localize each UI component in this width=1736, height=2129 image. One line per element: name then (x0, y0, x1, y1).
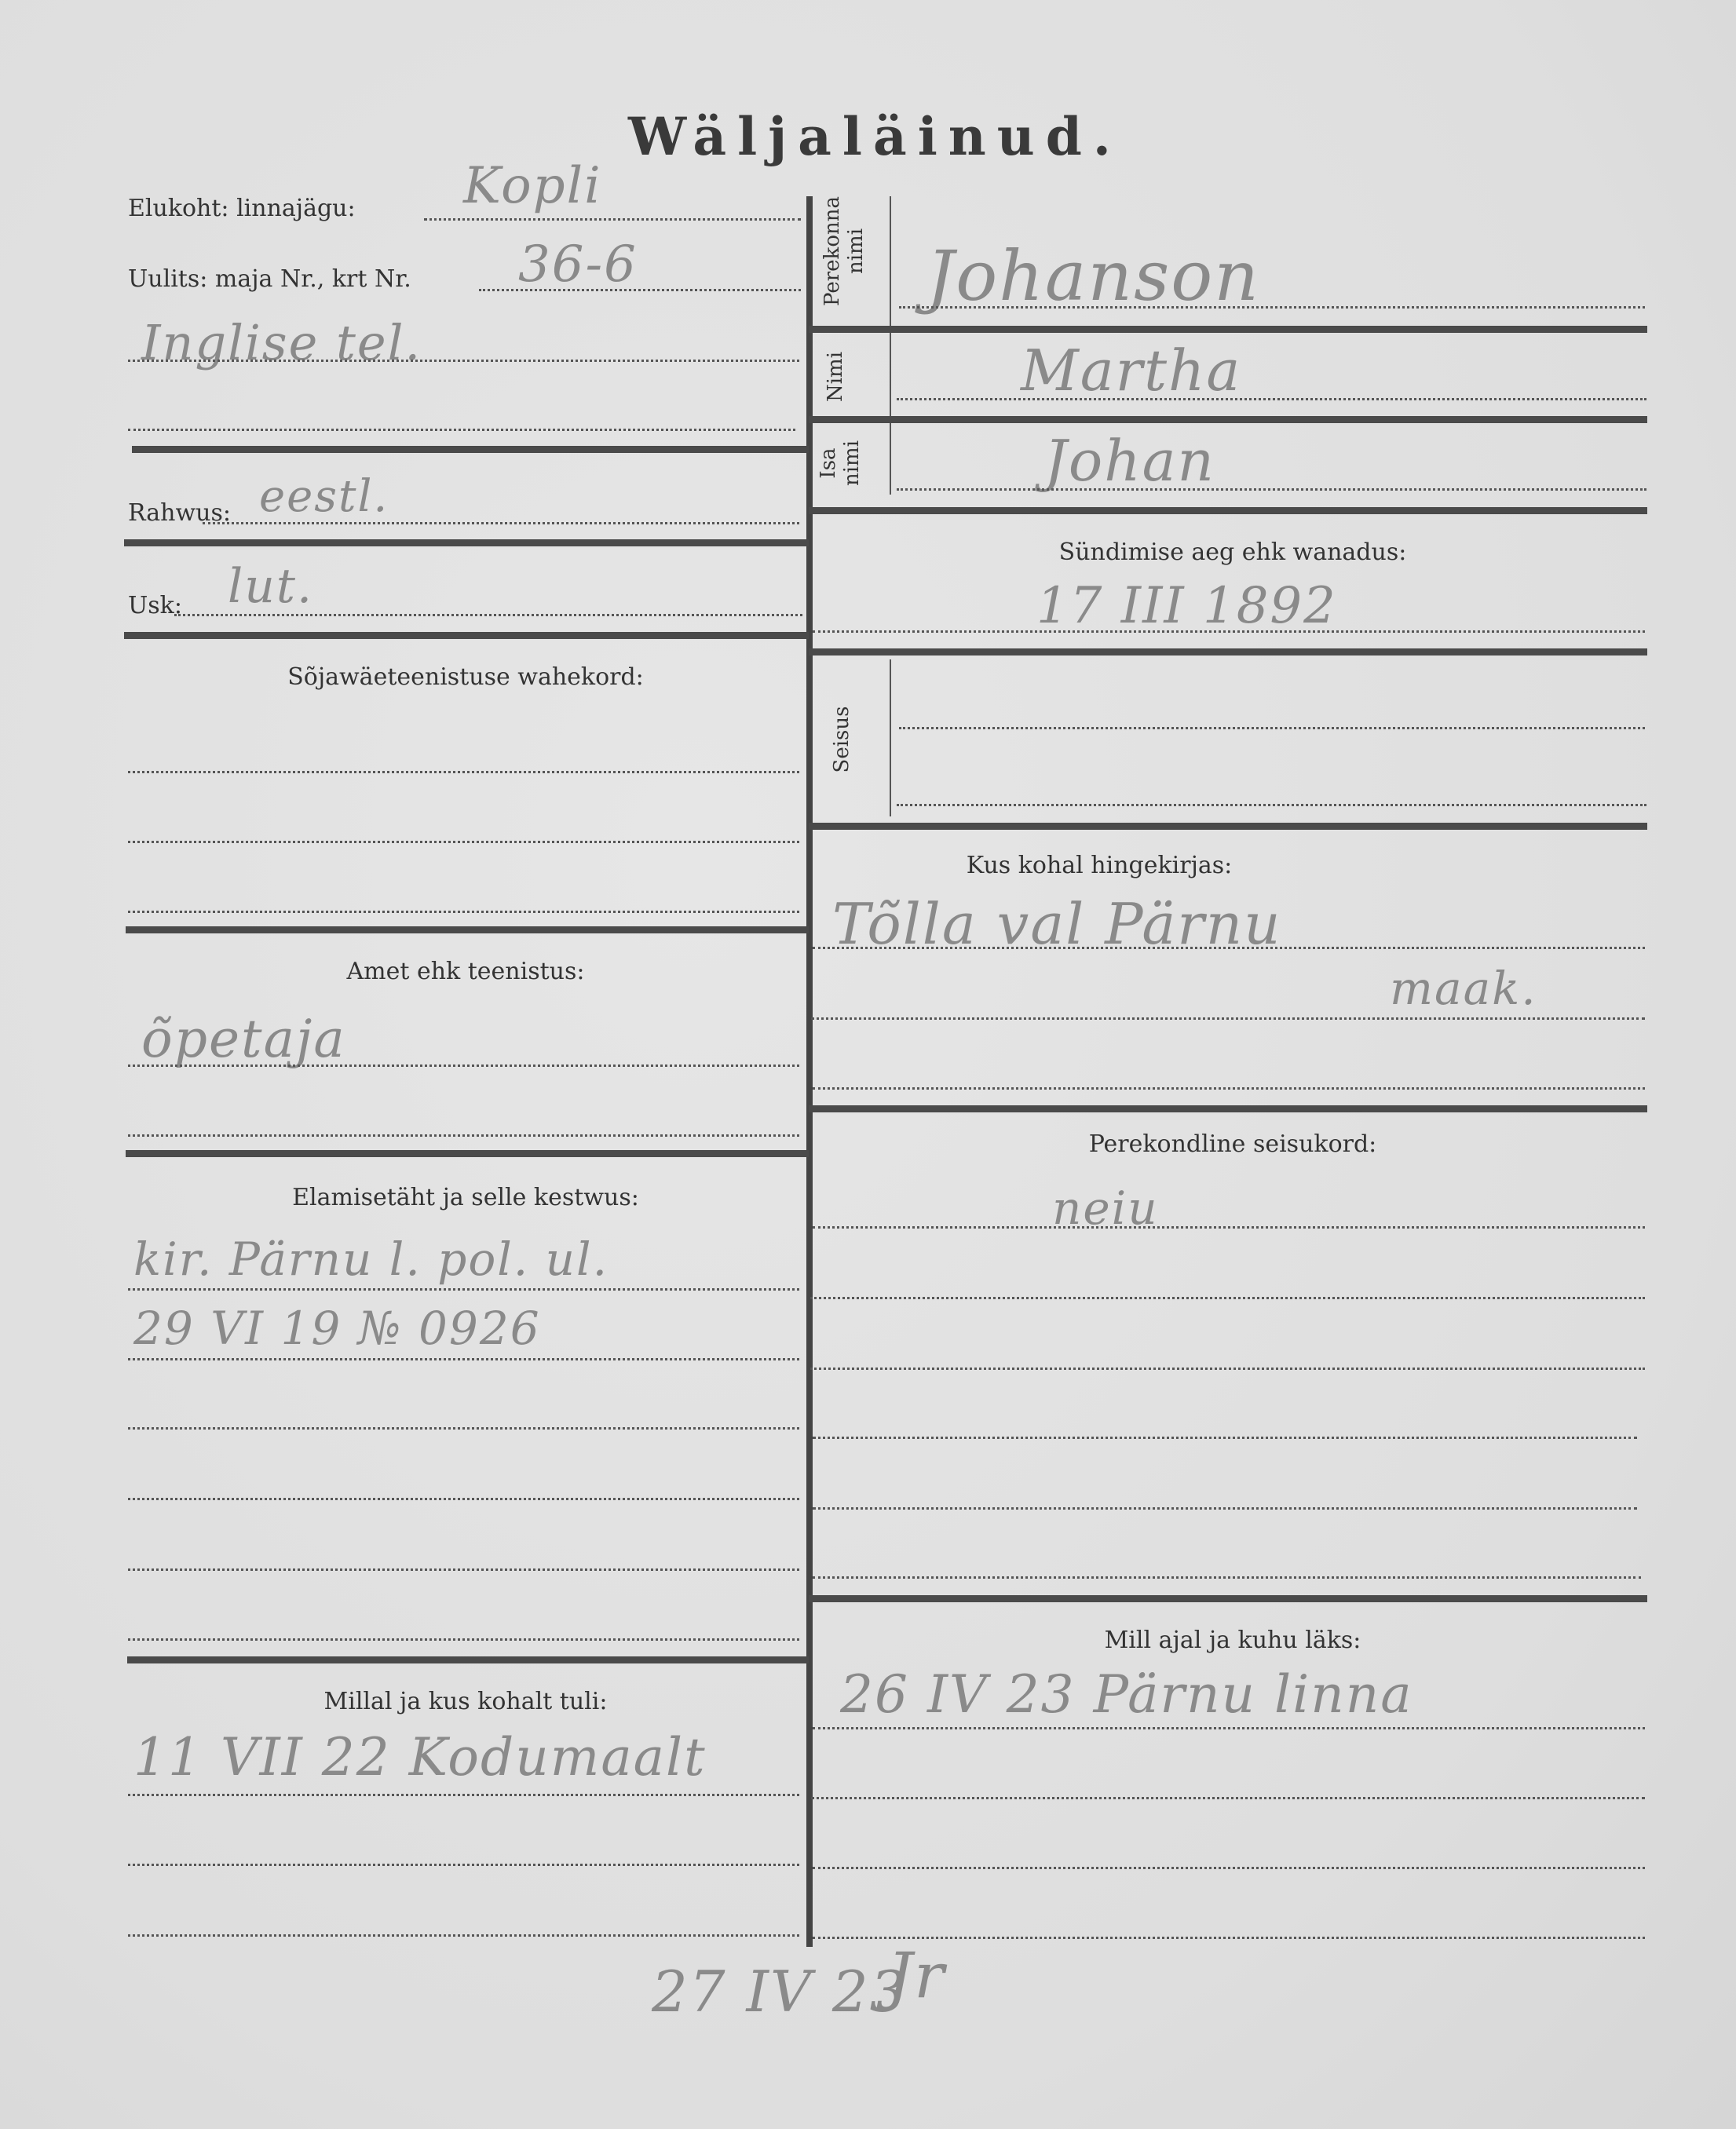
elukoht-line (424, 218, 801, 221)
amet-line-2 (128, 1134, 799, 1137)
section-rule (809, 326, 1647, 333)
nimi-line (897, 398, 1646, 400)
section-rule (126, 1150, 809, 1157)
perekonna-nimi-line (899, 306, 1645, 309)
form-page: Wäljaläinud. Elukoht: linnajägu: Kopli U… (0, 0, 1736, 2129)
section-rule (809, 823, 1647, 830)
elamisetaht-line-3 (128, 1427, 799, 1430)
elamisetaht-value-line1[interactable]: kir. Pärnu l. pol. ul. (133, 1232, 609, 1286)
hingekirjas-value-line2[interactable]: maak. (1390, 962, 1537, 1015)
uulits-street-value[interactable]: Inglise tel. (141, 314, 422, 371)
elamisetaht-label: Elamisetäht ja selle kestwus: (128, 1184, 803, 1211)
mill-ajal-line-2 (811, 1797, 1645, 1799)
isa-nimi-line (897, 488, 1646, 491)
hingekirjas-label: Kus kohal hingekirjas: (817, 852, 1382, 879)
name-block-divider (890, 196, 891, 495)
section-rule (124, 539, 809, 546)
perekondline-line-5 (813, 1507, 1637, 1510)
center-divider (806, 196, 813, 1947)
amet-label: Amet ehk teenistus: (128, 958, 803, 985)
isa-nimi-label: Isa nimi (817, 432, 864, 495)
elukoht-value[interactable]: Kopli (463, 157, 602, 215)
elukoht-label: Elukoht: linnajägu: (128, 195, 356, 222)
isa-nimi-value[interactable]: Johan (1044, 428, 1215, 494)
rahvus-value[interactable]: eestl. (259, 471, 389, 522)
elamisetaht-value-line2[interactable]: 29 VI 19 № 0926 (133, 1302, 541, 1355)
mill-ajal-line-3 (813, 1867, 1645, 1869)
hingekirjas-line-2 (811, 1017, 1645, 1020)
rahvus-line (203, 522, 799, 524)
sundimise-label: Sündimise aeg ehk wanadus: (817, 539, 1649, 566)
perekonna-nimi-label: Perekonna nimi (820, 184, 868, 318)
seisus-divider (890, 659, 891, 816)
amet-value[interactable]: õpetaja (141, 1009, 346, 1069)
sojavae-line-1 (128, 771, 799, 773)
elamisetaht-line-4 (128, 1498, 799, 1500)
mill-ajal-label: Mill ajal ja kuhu läks: (817, 1627, 1649, 1654)
section-rule (809, 1595, 1647, 1602)
elamisetaht-line-2 (128, 1358, 799, 1360)
elamisetaht-line-5 (128, 1568, 799, 1571)
sundimise-line (813, 630, 1645, 633)
form-title: Wäljaläinud. (628, 106, 1162, 167)
section-rule (809, 1105, 1647, 1112)
amet-line-1 (128, 1064, 799, 1067)
perekondline-line-1 (813, 1226, 1645, 1229)
seisus-label: Seisus (831, 700, 857, 779)
sundimise-value[interactable]: 17 III 1892 (1036, 577, 1337, 635)
perekonna-nimi-value[interactable]: Johanson (926, 236, 1260, 316)
sojavae-label: Sõjawäeteenistuse wahekord: (128, 663, 803, 691)
millal-tuli-value[interactable]: 11 VII 22 Kodumaalt (133, 1727, 707, 1788)
mill-ajal-value[interactable]: 26 IV 23 Pärnu linna (840, 1664, 1413, 1725)
millal-tuli-line-1 (128, 1794, 799, 1796)
hingekirjas-line-3 (813, 1087, 1645, 1090)
uulits-label: Uulits: maja Nr., krt Nr. (128, 265, 411, 293)
elamisetaht-line-6 (128, 1638, 799, 1641)
section-rule (127, 1656, 809, 1663)
section-rule (809, 648, 1647, 655)
hingekirjas-line-1 (813, 947, 1645, 949)
sojavae-line-2 (128, 841, 799, 843)
elamisetaht-line-1 (128, 1288, 799, 1291)
perekondline-line-6 (813, 1576, 1641, 1579)
footer-date: 27 IV 23 (652, 1959, 907, 2025)
perekondline-line-3 (810, 1368, 1645, 1370)
nimi-label: Nimi (824, 330, 856, 424)
usk-value[interactable]: lut. (228, 559, 313, 614)
millal-tuli-line-2 (128, 1864, 799, 1866)
usk-line (174, 614, 802, 616)
perekondline-label: Perekondline seisukord: (817, 1130, 1649, 1158)
seisus-line-2 (897, 804, 1646, 806)
section-rule (126, 926, 809, 933)
perekondline-line-2 (810, 1297, 1645, 1299)
section-rule (132, 446, 809, 453)
millal-tuli-line-3 (128, 1934, 799, 1937)
section-rule (809, 507, 1647, 514)
sojavae-line-3 (128, 911, 799, 913)
seisus-line-1 (899, 727, 1645, 729)
section-rule (809, 416, 1647, 423)
uulits-line-3 (128, 429, 795, 431)
uulits-number-value[interactable]: 36-6 (518, 236, 638, 294)
section-rule (124, 632, 809, 639)
millal-tuli-label: Millal ja kus kohalt tuli: (128, 1688, 803, 1715)
perekondline-line-4 (813, 1437, 1637, 1439)
uulits-line (479, 289, 801, 291)
uulits-line-2 (128, 360, 799, 362)
mill-ajal-line-1 (813, 1727, 1645, 1729)
footer-signature: Jr (887, 1939, 945, 2012)
nimi-value[interactable]: Martha (1021, 338, 1241, 404)
